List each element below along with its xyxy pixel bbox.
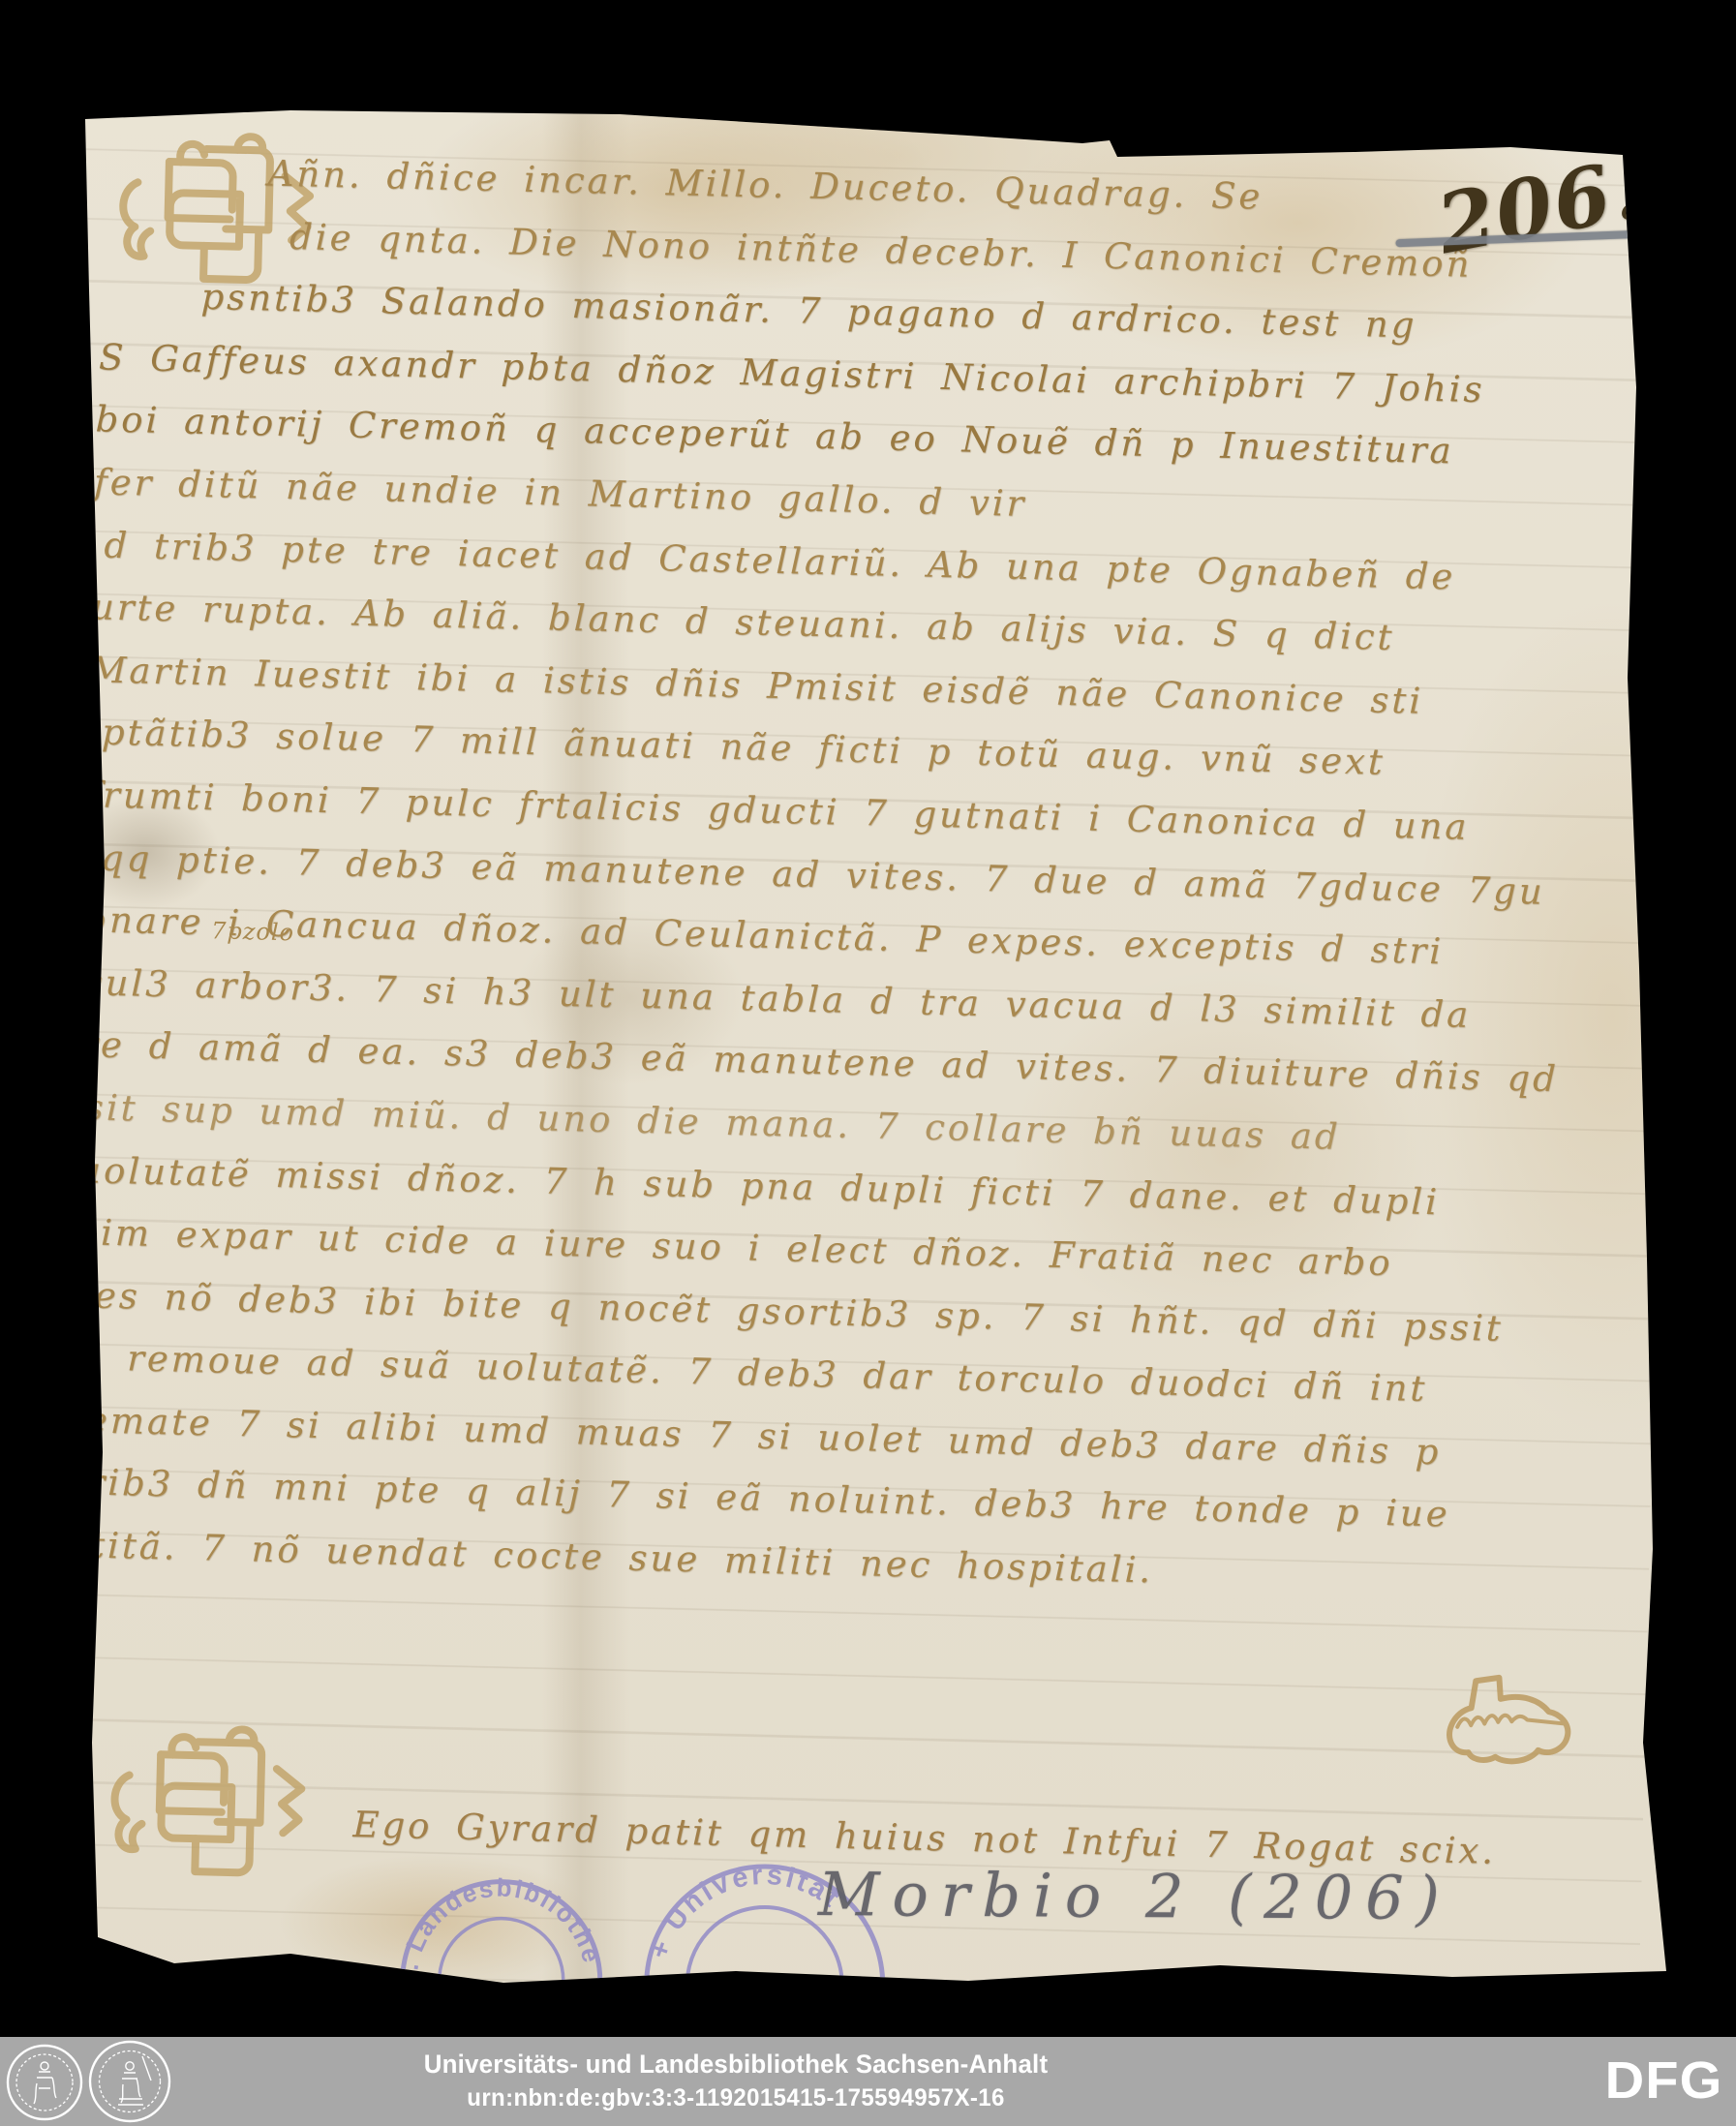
dfg-logo: DFG [1605,2054,1723,2107]
manuscript-text-block: Añn. dñice incar. Millo. Duceto. Quadrag… [62,121,1661,1886]
parchment-page: Añn. dñice incar. Millo. Duceto. Quadrag… [0,0,1736,2126]
parchment-content: Añn. dñice incar. Millo. Duceto. Quadrag… [41,116,1682,2036]
footer-bar: Universitäts- und Landesbibliothek Sachs… [0,2037,1736,2126]
library-name: Universitäts- und Landesbibliothek Sachs… [401,2048,1070,2080]
notarial-knot-icon [102,1715,328,1898]
university-seal-icon [2,2037,215,2126]
interlinear-note: 7pzolo [211,919,294,944]
stamp-text: u. Landesbibliothek [368,1847,607,2011]
urn-identifier: urn:nbn:de:gbv:3:3-1192015415-175594957X… [401,2080,1070,2115]
footer-text-block: Universitäts- und Landesbibliothek Sachs… [401,2048,1070,2115]
svg-text:u. Landesbibliothek: u. Landesbibliothek [368,1847,607,2011]
pencil-annotation: Morbio 2 (206) [818,1865,1452,1929]
seal-sketch-icon [1439,1664,1586,1770]
